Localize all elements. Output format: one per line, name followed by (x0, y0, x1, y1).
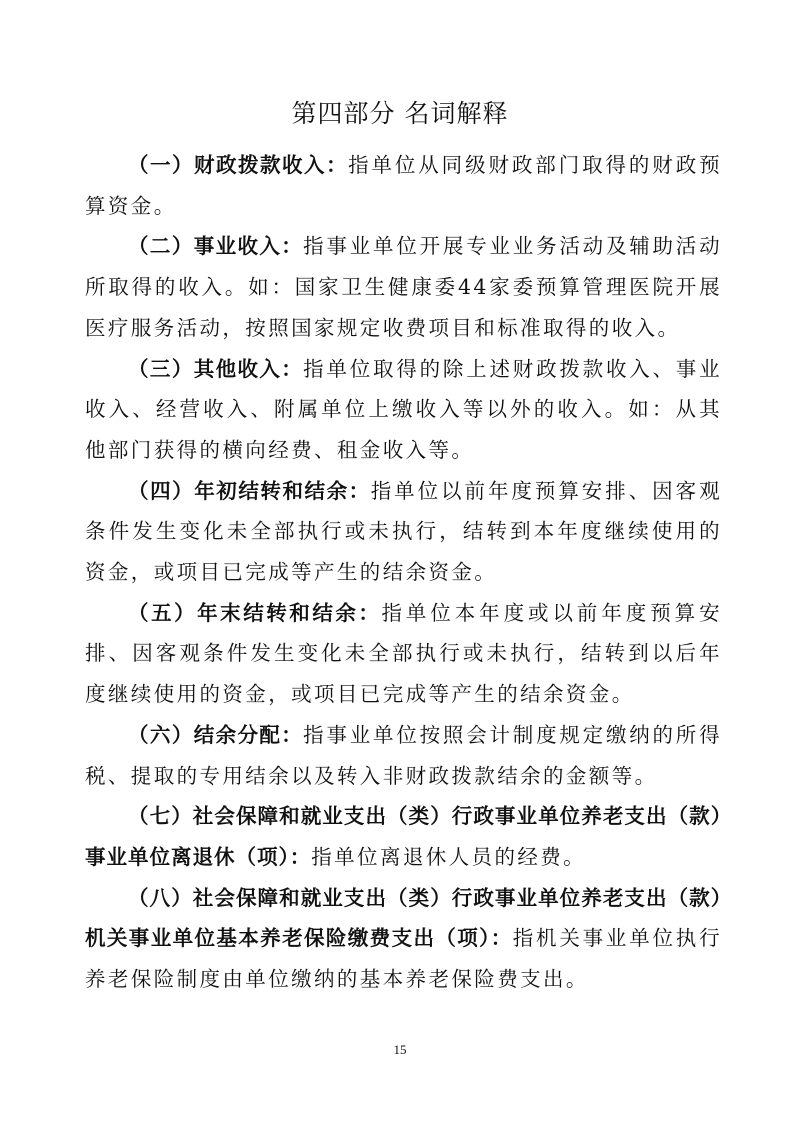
term: （三）其他收入： (128, 357, 303, 381)
definition-paragraph: （八）社会保障和就业支出（类）行政事业单位养老支出（款）机关事业单位基本养老保险… (85, 878, 722, 1000)
definition-paragraph: （五）年末结转和结余：指单位本年度或以前年度预算安排、因客观条件发生变化未全部执… (85, 593, 722, 715)
term: （四）年初结转和结余： (128, 479, 371, 503)
page-title: 第四部分 名词解释 (0, 94, 800, 130)
term: （五）年末结转和结余： (128, 601, 381, 625)
page-number: 15 (0, 1042, 800, 1058)
term: （六）结余分配： (128, 723, 303, 747)
definition: 指单位离退休人员的经费。 (311, 845, 586, 869)
document-body: （一）财政拨款收入：指单位从同级财政部门取得的财政预算资金。 （二）事业收入：指… (85, 145, 722, 1000)
term: （一）财政拨款收入： (128, 153, 348, 177)
definition-paragraph: （四）年初结转和结余：指单位以前年度预算安排、因客观条件发生变化未全部执行或未执… (85, 471, 722, 593)
definition-paragraph: （七）社会保障和就业支出（类）行政事业单位养老支出（款）事业单位离退休（项）：指… (85, 796, 722, 877)
definition-paragraph: （三）其他收入：指单位取得的除上述财政拨款收入、事业收入、经营收入、附属单位上缴… (85, 349, 722, 471)
term: （二）事业收入： (128, 234, 303, 258)
definition-paragraph: （六）结余分配：指事业单位按照会计制度规定缴纳的所得税、提取的专用结余以及转入非… (85, 715, 722, 796)
definition-paragraph: （一）财政拨款收入：指单位从同级财政部门取得的财政预算资金。 (85, 145, 722, 226)
definition-paragraph: （二）事业收入：指事业单位开展专业业务活动及辅助活动所取得的收入。如：国家卫生健… (85, 226, 722, 348)
